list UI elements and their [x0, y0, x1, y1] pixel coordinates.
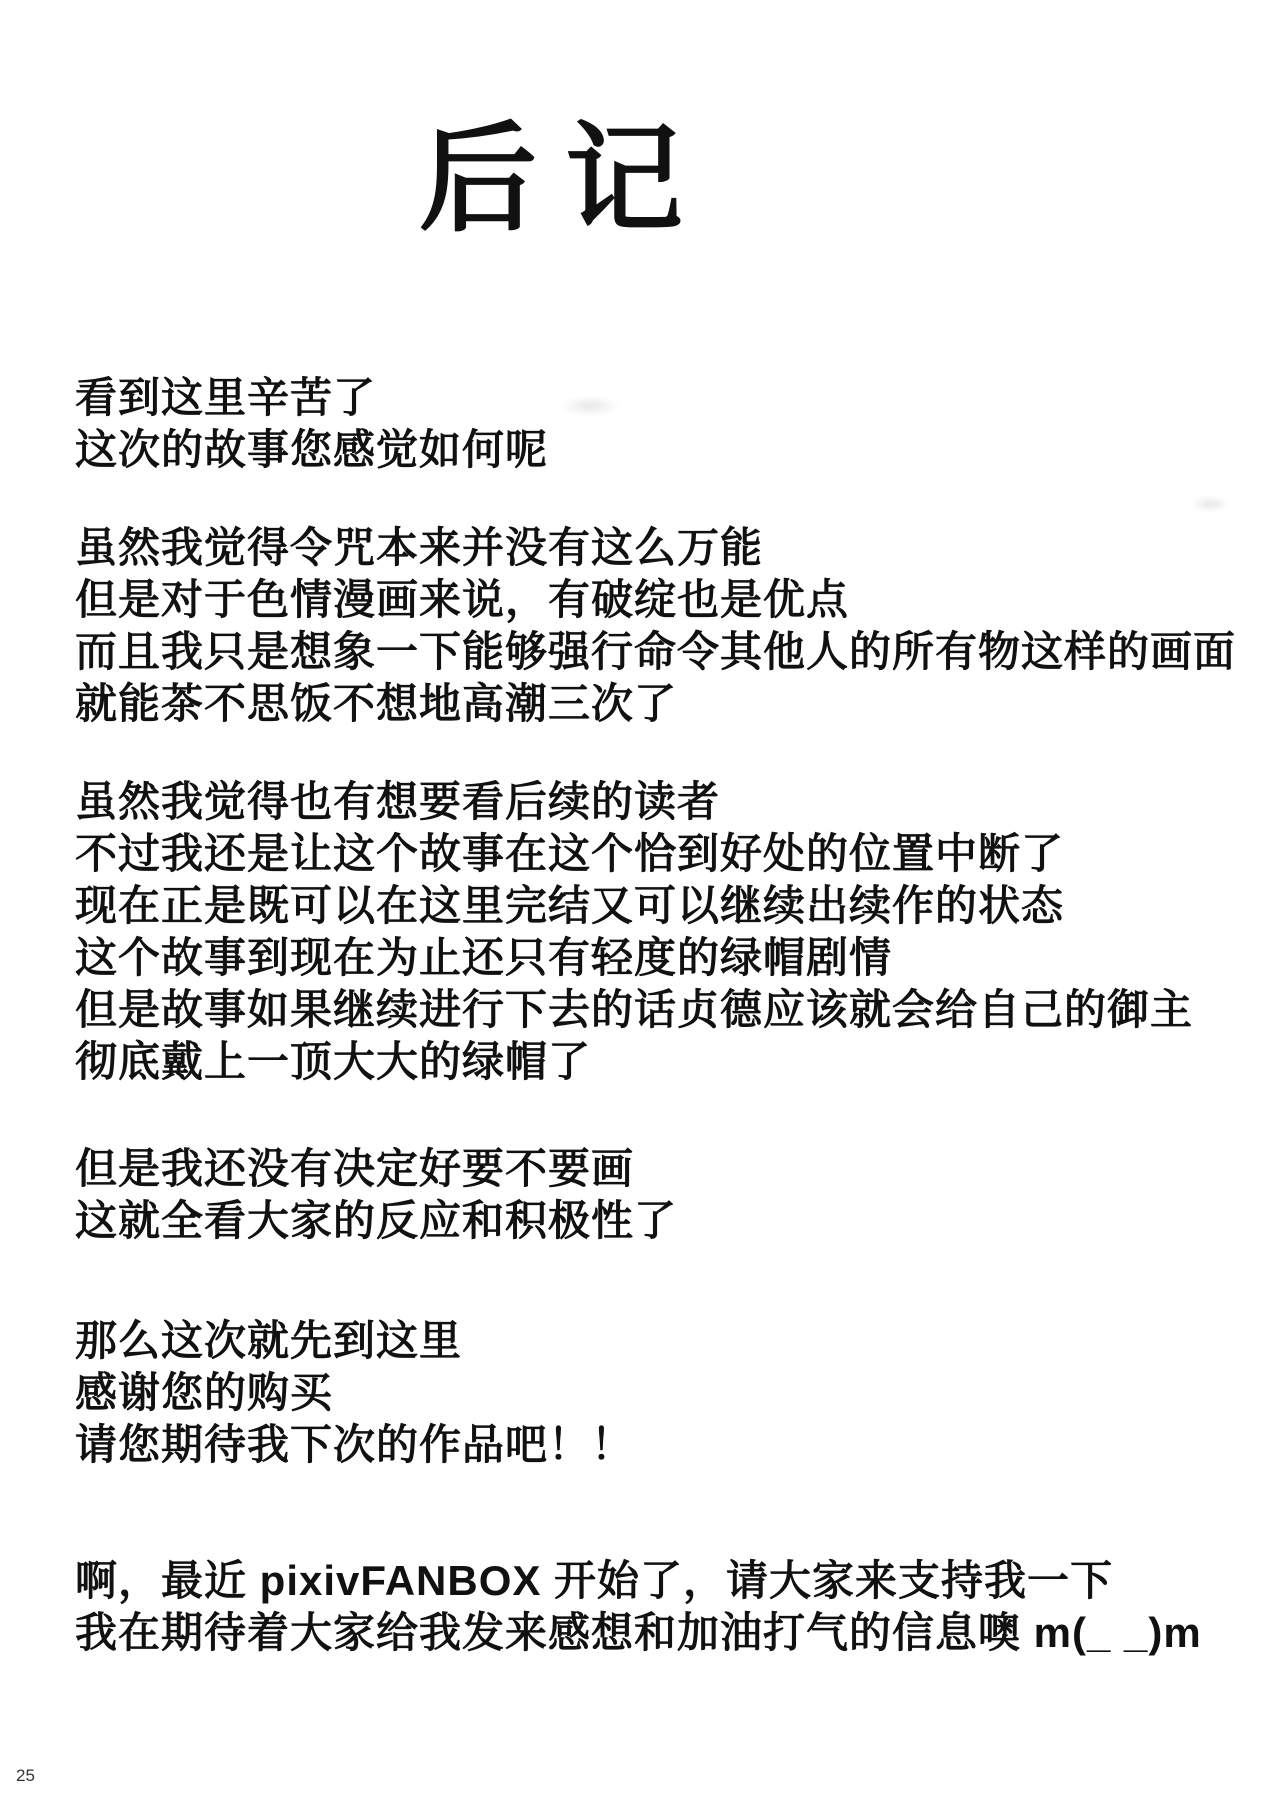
afterword-line: 而且我只是想象一下能够强行命令其他人的所有物这样的画面 — [75, 626, 1250, 678]
afterword-line: 彻底戴上一顶大大的绿帽了 — [75, 1036, 1250, 1088]
afterword-line: 但是对于色情漫画来说，有破绽也是优点 — [75, 574, 1250, 626]
afterword-line: 这就全看大家的反应和积极性了 — [75, 1195, 1250, 1247]
afterword-line: 不过我还是让这个故事在这个恰到好处的位置中断了 — [75, 828, 1250, 880]
page-number: 25 — [16, 1766, 35, 1786]
afterword-line: 虽然我觉得也有想要看后续的读者 — [75, 776, 1250, 828]
afterword-paragraph: 看到这里辛苦了 这次的故事您感觉如何呢 — [75, 372, 1250, 476]
afterword-line: 这个故事到现在为止还只有轻度的绿帽剧情 — [75, 932, 1250, 984]
afterword-line: 感谢您的购买 — [75, 1367, 1250, 1419]
afterword-line: 虽然我觉得令咒本来并没有这么万能 — [75, 522, 1250, 574]
afterword-line: 就能茶不思饭不想地高潮三次了 — [75, 678, 1250, 730]
afterword-paragraph: 那么这次就先到这里 感谢您的购买 请您期待我下次的作品吧！！ — [75, 1315, 1250, 1471]
afterword-content: 看到这里辛苦了 这次的故事您感觉如何呢 虽然我觉得令咒本来并没有这么万能 但是对… — [0, 372, 1280, 1659]
afterword-page: 后记 看到这里辛苦了 这次的故事您感觉如何呢 虽然我觉得令咒本来并没有这么万能 … — [0, 0, 1280, 1808]
afterword-line: 但是故事如果继续进行下去的话贞德应该就会给自己的御主 — [75, 984, 1250, 1036]
afterword-line: 这次的故事您感觉如何呢 — [75, 424, 1250, 476]
afterword-line: 但是我还没有决定好要不要画 — [75, 1143, 1250, 1195]
afterword-line: 我在期待着大家给我发来感想和加油打气的信息噢 m(_ _)m — [75, 1607, 1250, 1659]
afterword-paragraph: 虽然我觉得令咒本来并没有这么万能 但是对于色情漫画来说，有破绽也是优点 而且我只… — [75, 522, 1250, 730]
afterword-line: 看到这里辛苦了 — [75, 372, 1250, 424]
afterword-line: 请您期待我下次的作品吧！！ — [75, 1419, 1250, 1471]
afterword-line: 那么这次就先到这里 — [75, 1315, 1250, 1367]
afterword-line: 现在正是既可以在这里完结又可以继续出续作的状态 — [75, 880, 1250, 932]
afterword-paragraph: 虽然我觉得也有想要看后续的读者 不过我还是让这个故事在这个恰到好处的位置中断了 … — [75, 776, 1250, 1088]
afterword-line: 啊，最近 pixivFANBOX 开始了，请大家来支持我一下 — [75, 1555, 1250, 1607]
afterword-paragraph: 但是我还没有决定好要不要画 这就全看大家的反应和积极性了 — [75, 1143, 1250, 1247]
afterword-paragraph: 啊，最近 pixivFANBOX 开始了，请大家来支持我一下 我在期待着大家给我… — [75, 1555, 1250, 1659]
page-title: 后记 — [0, 100, 1205, 260]
